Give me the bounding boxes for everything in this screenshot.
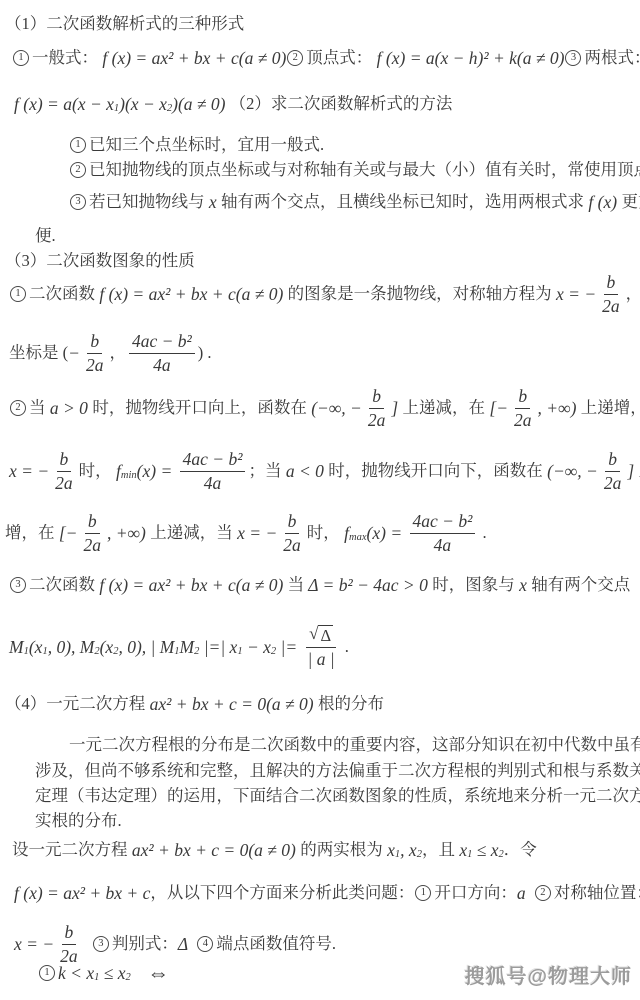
circled-number-1: 1 [70,137,86,153]
property-1-line-1: 1二次函数 f (x) = ax² + bx + c(a ≠ 0) 的图象是一条… [9,268,640,320]
property-2-line-3-fmax: 增，在 [−b2a, +∞) 上递减，当 x = −b2a时， fmax(x) … [5,506,487,560]
circled-number-3: 3 [70,194,86,210]
method-item-1: 1已知三个点坐标时，宜用一般式. [69,133,324,157]
formula-roots-distance: M1(x1, 0), M2(x2, 0), | M1M2 |=| x1 − x2… [9,618,349,676]
case-1-condition: 1k < x1 ≤ x2 ⇔ [38,962,169,984]
watermark-sohu-wuli-dashi: 搜狐号@物理大师 [464,960,632,989]
paragraph-line-3: 定理（韦达定理）的运用，下面结合二次函数图象的性质，系统地来分析一元二次方程 [35,784,640,808]
document-page: { "colors": { "text": "#3a3a3a", "backgr… [0,0,640,1000]
analysis-four-aspects: f (x) = ax² + bx + c，从以下四个方面来分析此类问题：1开口方… [14,878,640,908]
setup-two-roots: 设一元二次方程 ax² + bx + c = 0(a ≠ 0) 的两实根为 x1… [12,836,537,864]
circled-number-3: 3 [565,50,581,66]
circled-number-2: 2 [10,400,26,416]
circled-number-1: 1 [13,50,29,66]
circled-number-3: 3 [10,577,26,593]
circled-number-1: 1 [415,885,431,901]
property-2-line-2-fmin: x = −b2a时， fmin(x) = 4ac − b²4a；当 a < 0 … [9,443,640,499]
circled-number-2: 2 [535,885,551,901]
method-item-2: 2已知抛物线的顶点坐标或与对称轴有关或与最大（小）值有关时，常使用顶点式. [69,158,640,182]
property-1-line-2-vertex: 坐标是 (−b2a，4ac − b²4a) . [9,327,212,379]
paragraph-line-4: 实根的分布. [35,809,122,833]
circled-number-4: 4 [197,936,213,952]
formula-general-vertex-roots: 1一般式： f (x) = ax² + bx + c(a ≠ 0)2顶点式： f… [12,42,640,74]
heading-root-distribution: （4）一元二次方程 ax² + bx + c = 0(a ≠ 0) 根的分布 [5,690,384,718]
circled-number-1: 1 [10,286,26,302]
paragraph-line-1: 一元二次方程根的分布是二次函数中的重要内容，这部分知识在初中代数中虽有所 [69,733,640,757]
circled-number-3: 3 [93,936,109,952]
method-item-3-cont: 便. [35,224,56,248]
property-3-discriminant: 3二次函数 f (x) = ax² + bx + c(a ≠ 0) 当 Δ = … [9,570,630,600]
circled-number-1: 1 [39,965,55,981]
formula-two-roots-and-heading: f (x) = a(x − x1)(x − x2)(a ≠ 0) （2）求二次函… [14,88,452,120]
method-item-3: 3若已知抛物线与 x 轴有两个交点，且横线坐标已知时，选用两根式求 f (x) … [69,188,640,216]
heading-three-forms: （1）二次函数解析式的三种形式 [5,12,244,36]
circled-number-2: 2 [70,162,86,178]
circled-number-2: 2 [287,50,303,66]
paragraph-line-2: 涉及，但尚不够系统和完整，且解决的方法偏重于二次方程根的判别式和根与系数关系 [35,759,640,783]
property-2-line-1: 2当 a > 0 时，抛物线开口向上，函数在 (−∞, −b2a] 上递减，在 … [9,382,640,434]
